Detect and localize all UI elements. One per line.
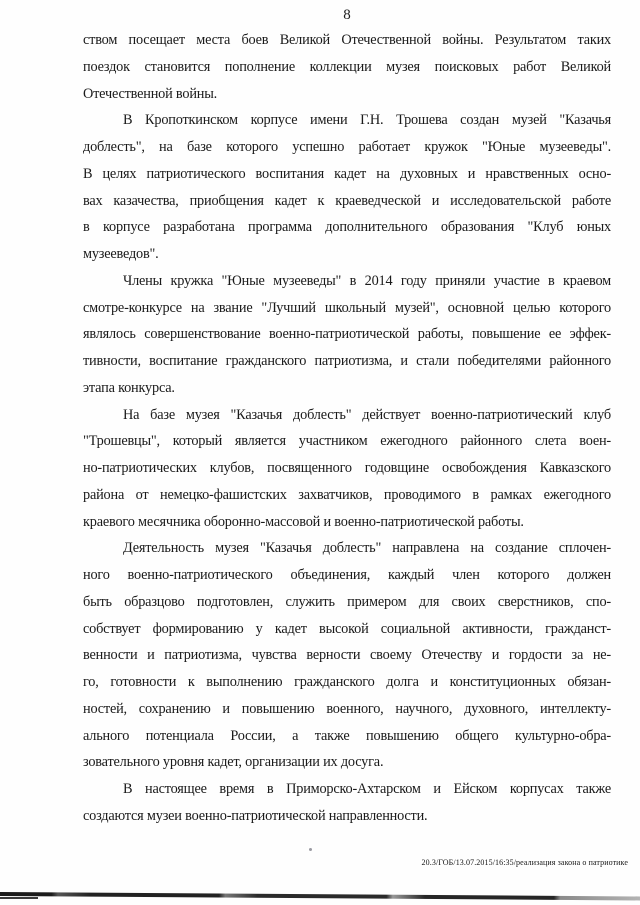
text-line: ностей, сохранению и повышению военного,… (83, 696, 611, 723)
text-line: собствует формированию у кадет высокой с… (83, 616, 611, 643)
text-line: смотре-конкурсе на звание "Лучший школьн… (83, 295, 611, 322)
text-line: поездок становится пополнение коллекции … (83, 54, 611, 81)
text-line: доблесть", на базе которого успешно рабо… (83, 134, 611, 161)
text-line: ного военно-патриотического объединения,… (83, 562, 611, 589)
body-text: ством посещает места боев Великой Отечес… (83, 27, 611, 830)
text-line: этапа конкурса. (83, 375, 611, 402)
text-line: вах казачества, приобщения кадет к краев… (83, 188, 611, 215)
text-line: музееведов". (83, 241, 611, 268)
footer-stamp: 20.3/ГОБ/13.07.2015/16:35/реализация зак… (422, 858, 628, 867)
text-line: "Трошевцы", который является участником … (83, 428, 611, 455)
paragraph-2: В Кропоткинском корпусе имени Г.Н. Троше… (83, 107, 611, 268)
text-line: Деятельность музея "Казачья доблесть" на… (83, 535, 611, 562)
text-line: являлось совершенствование военно-патрио… (83, 321, 611, 348)
text-line: Отечественной войны. (83, 81, 611, 108)
text-line: ством посещает места боев Великой Отечес… (83, 27, 611, 54)
paragraph-1: ством посещает места боев Великой Отечес… (83, 27, 611, 107)
paragraph-4: На базе музея "Казачья доблесть" действу… (83, 402, 611, 536)
text-line: В целях патриотического воспитания кадет… (83, 161, 611, 188)
paragraph-6: В настоящее время в Приморско-Ахтарском … (83, 776, 611, 830)
document-page: 8 ством посещает места боев Великой Отеч… (0, 0, 640, 905)
text-line: ального потенциала России, а также повыш… (83, 723, 611, 750)
text-line: В настоящее время в Приморско-Ахтарском … (83, 776, 611, 803)
scan-artifact-line (0, 892, 640, 900)
text-line: го, готовности к выполнению гражданского… (83, 669, 611, 696)
text-line: зовательного уровня кадет, организации и… (83, 749, 611, 776)
text-line: района от немецко-фашистских захватчиков… (83, 482, 611, 509)
text-line: тивности, воспитание гражданского патрио… (83, 348, 611, 375)
paragraph-5: Деятельность музея "Казачья доблесть" на… (83, 535, 611, 776)
text-line: Члены кружка "Юные музееведы" в 2014 год… (83, 268, 611, 295)
text-line: краевого месячника оборонно-массовой и в… (83, 509, 611, 536)
scan-artifact-dot (309, 848, 312, 851)
text-line: но-патриотических клубов, посвященного г… (83, 455, 611, 482)
text-line: в корпусе разработана программа дополнит… (83, 214, 611, 241)
text-line: создаются музеи военно-патриотической на… (83, 803, 611, 830)
text-line: На базе музея "Казачья доблесть" действу… (83, 402, 611, 429)
scan-artifact-dash (0, 897, 38, 899)
page-number: 8 (83, 7, 611, 24)
text-line: В Кропоткинском корпусе имени Г.Н. Троше… (83, 107, 611, 134)
text-line: быть образцово подготовлен, служить прим… (83, 589, 611, 616)
paragraph-3: Члены кружка "Юные музееведы" в 2014 год… (83, 268, 611, 402)
text-line: венности и патриотизма, чувства верности… (83, 642, 611, 669)
